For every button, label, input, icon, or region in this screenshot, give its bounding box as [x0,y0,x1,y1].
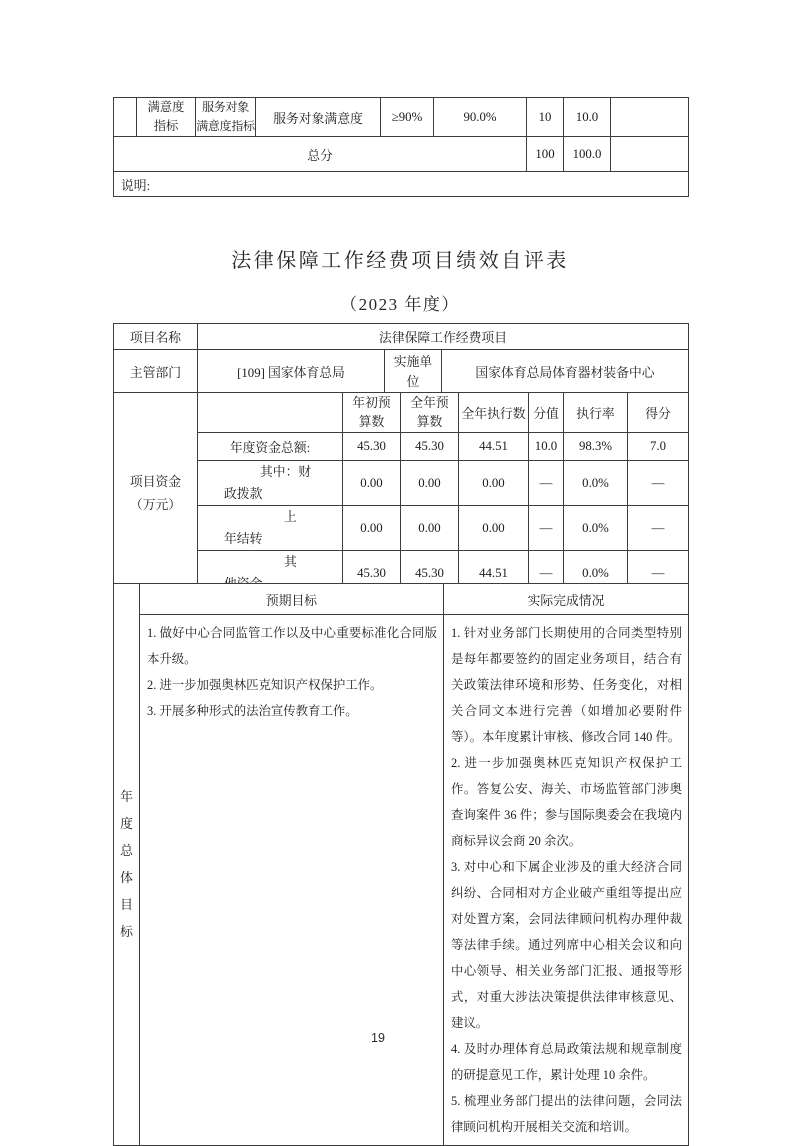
funding-value-cell: 0.00 [459,506,529,551]
annual-goals-side-cell: 年度总体目标 [114,584,140,1146]
department-row: 主管部门 [109] 国家体育总局 实施单位 国家体育总局体育器材装备中心 [114,350,689,394]
funding-value-cell: 0.00 [401,506,459,551]
funding-value-cell: 0.0% [564,461,628,506]
funding-header-row: 项目资金 （万元） 年初预 算数 全年预 算数 全年执行数 分值 执行率 得分 [114,393,689,433]
funding-header-score: 得分 [628,393,689,433]
actual-result-line: 1. 针对业务部门长期使用的合同类型特别是每年都要签约的固定业务项目，结合有关政… [451,620,682,750]
note-label-cell: 说明: [114,172,689,197]
funding-value-cell: 98.3% [564,433,628,461]
main-table-goals: 年度总体目标 预期目标 实际完成情况 1. 做好中心合同监管工作以及中心重要标准… [113,583,689,1146]
funding-value-cell: 0.00 [343,506,401,551]
page-number: 19 [0,1031,756,1045]
document-page: 满意度 指标 服务对象 满意度指标 服务对象满意度 ≥90% 90.0% 10 … [0,0,800,1131]
annual-goals-side-label: 年度总体目标 [120,784,134,946]
department-label-cell: 主管部门 [114,350,198,394]
indicator-empty-cell [611,98,689,137]
department-value-cell: [109] 国家体育总局 [198,350,385,394]
actual-result-line: 3. 对中心和下属企业涉及的重大经济合同纠纷、合同相对方企业破产重组等提出应对处… [451,854,682,1036]
funding-value-cell: 0.00 [459,461,529,506]
indicator-stub-cell [114,98,137,137]
impl-unit-label-cell: 实施单位 [385,350,442,394]
indicator-row: 满意度 指标 服务对象 满意度指标 服务对象满意度 ≥90% 90.0% 10 … [114,98,689,137]
funding-header-annual-budget: 全年预 算数 [401,393,459,433]
main-table-identification: 项目名称 法律保障工作经费项目 主管部门 [109] 国家体育总局 实施单位 国… [113,323,689,394]
note-row: 说明: [114,172,689,197]
goals-header-row: 年度总体目标 预期目标 实际完成情况 [114,584,689,615]
page-title: 法律保障工作经费项目绩效自评表 [0,244,800,273]
expected-goal-header-cell: 预期目标 [140,584,444,615]
funding-row-fiscal: 其中：财 政拨款 0.00 0.00 0.00 — 0.0% — [114,461,689,506]
funding-header-initial-budget: 年初预 算数 [343,393,401,433]
expected-goal-line: 2. 进一步加强奥林匹克知识产权保护工作。 [147,672,437,698]
actual-result-line: 2. 进一步加强奥林匹克知识产权保护工作。答复公安、海关、市场监管部门涉奥查询案… [451,750,682,854]
funding-header-executed: 全年执行数 [459,393,529,433]
impl-unit-value-cell: 国家体育总局体育器材装备中心 [442,350,689,394]
funding-row-label-cell: 其中：财 政拨款 [198,461,343,506]
funding-value-cell: — [628,461,689,506]
project-name-value-cell: 法律保障工作经费项目 [198,324,689,350]
funding-value-cell: 7.0 [628,433,689,461]
indicator-actual-cell: 90.0% [434,98,527,137]
funding-header-execution-rate: 执行率 [564,393,628,433]
project-name-label-cell: 项目名称 [114,324,198,350]
total-score-cell: 100.0 [564,137,611,172]
main-table-funding: 项目资金 （万元） 年初预 算数 全年预 算数 全年执行数 分值 执行率 得分 … [113,392,689,596]
expected-goal-line: 1. 做好中心合同监管工作以及中心重要标准化合同版本升级。 [147,620,437,672]
funding-value-cell: 10.0 [529,433,564,461]
page-subtitle: （2023 年度） [0,290,800,315]
indicator-weight-cell: 10 [527,98,564,137]
continuation-table: 满意度 指标 服务对象 满意度指标 服务对象满意度 ≥90% 90.0% 10 … [113,97,689,197]
funding-value-cell: 44.51 [459,433,529,461]
funding-value-cell: 0.00 [343,461,401,506]
funding-row-total: 年度资金总额: 45.30 45.30 44.51 10.0 98.3% 7.0 [114,433,689,461]
funding-row-label-cell: 年度资金总额: [198,433,343,461]
funding-row-carryover: 上 年结转 0.00 0.00 0.00 — 0.0% — [114,506,689,551]
total-label-cell: 总分 [114,137,527,172]
goals-content-row: 1. 做好中心合同监管工作以及中心重要标准化合同版本升级。 2. 进一步加强奥林… [114,615,689,1146]
funding-value-cell: — [529,461,564,506]
indicator-group-cell: 满意度 指标 [137,98,196,137]
funding-value-cell: 45.30 [401,433,459,461]
actual-result-line: 5. 梳理业务部门提出的法律问题，会同法律顾问机构开展相关交流和培训。 [451,1088,682,1140]
actual-result-header-cell: 实际完成情况 [444,584,689,615]
funding-value-cell: 45.30 [343,433,401,461]
indicator-sub-cell: 服务对象 满意度指标 [196,98,256,137]
funding-value-cell: 0.00 [401,461,459,506]
actual-result-cell: 1. 针对业务部门长期使用的合同类型特别是每年都要签约的固定业务项目，结合有关政… [444,615,689,1146]
funding-value-cell: — [628,506,689,551]
indicator-score-cell: 10.0 [564,98,611,137]
expected-goal-cell: 1. 做好中心合同监管工作以及中心重要标准化合同版本升级。 2. 进一步加强奥林… [140,615,444,1146]
funding-row-label-cell: 上 年结转 [198,506,343,551]
total-empty-cell [611,137,689,172]
indicator-target-cell: ≥90% [381,98,434,137]
funding-side-label-cell: 项目资金 （万元） [114,393,198,596]
total-weight-cell: 100 [527,137,564,172]
funding-value-cell: 0.0% [564,506,628,551]
project-name-row: 项目名称 法律保障工作经费项目 [114,324,689,350]
funding-header-weight: 分值 [529,393,564,433]
indicator-name-cell: 服务对象满意度 [256,98,381,137]
funding-header-empty-cell [198,393,343,433]
total-row: 总分 100 100.0 [114,137,689,172]
expected-goal-line: 3. 开展多种形式的法治宣传教育工作。 [147,698,437,724]
funding-value-cell: — [529,506,564,551]
